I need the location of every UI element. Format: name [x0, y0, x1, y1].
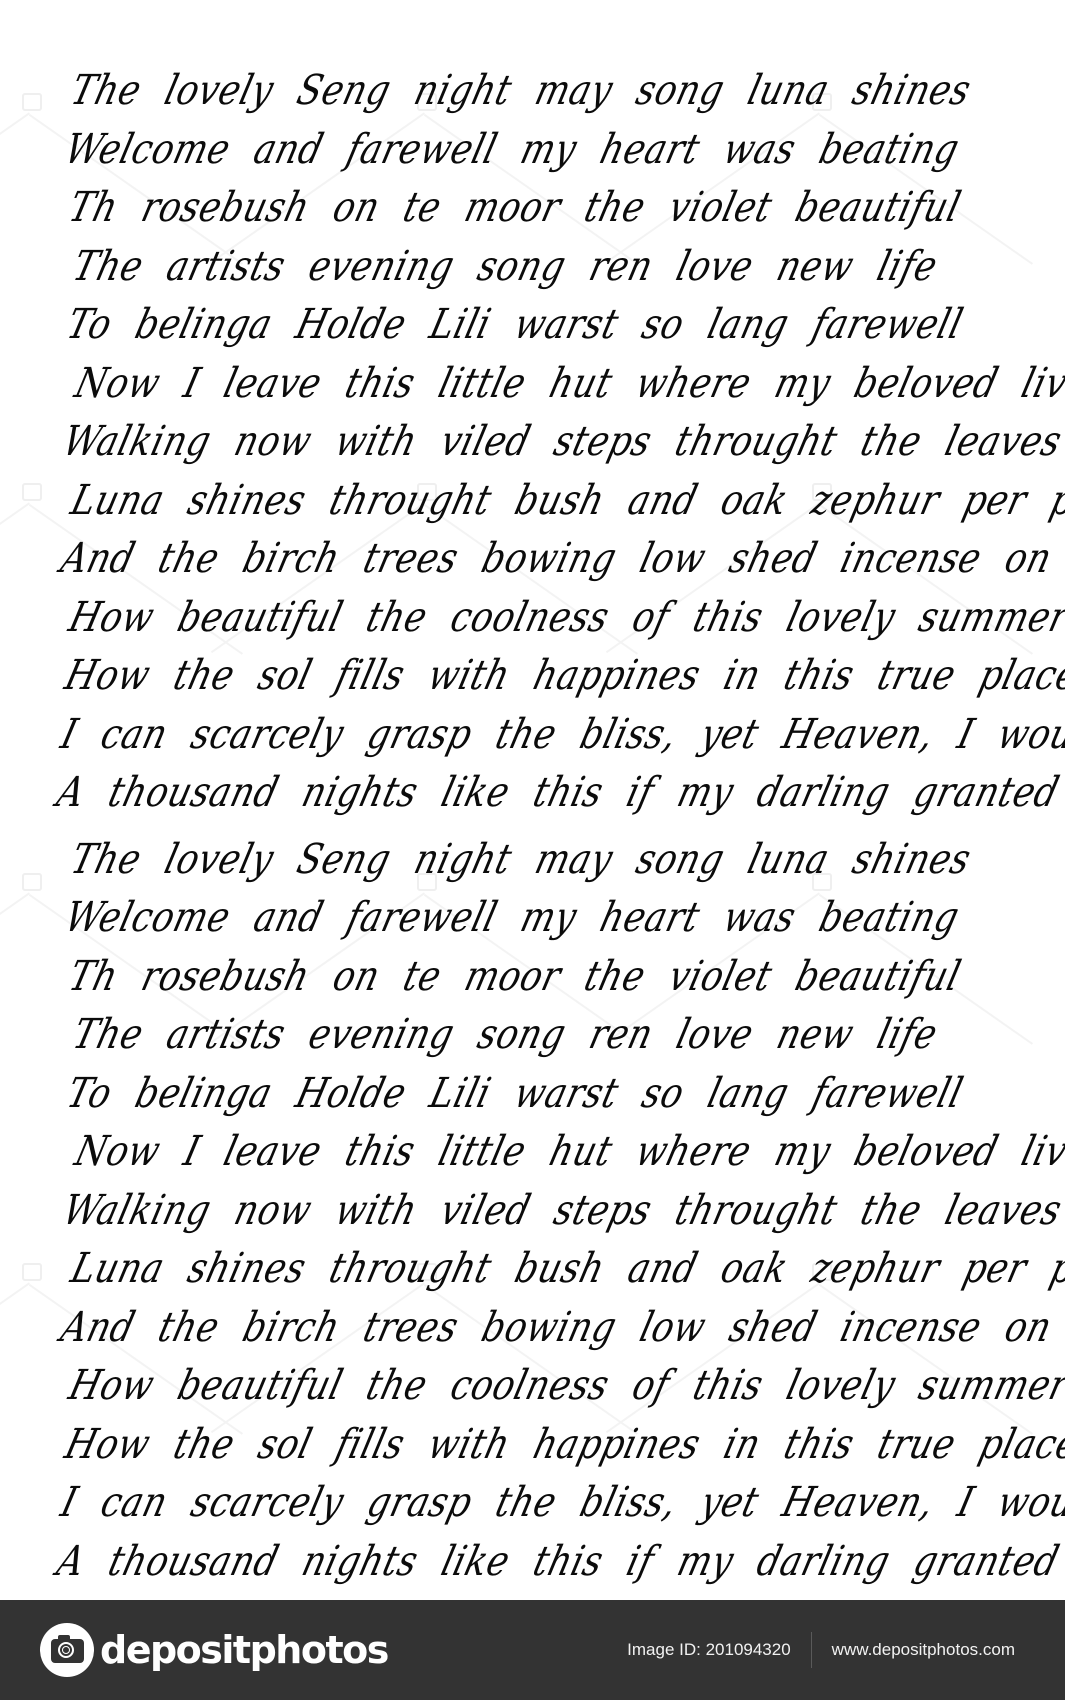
brand-logo[interactable]: depositphotos — [40, 1622, 388, 1678]
camera-icon — [40, 1623, 94, 1677]
brand-name: depositphotos — [100, 1628, 388, 1672]
letter-line: A thousand nights like this if my darlin… — [49, 1527, 1038, 1596]
letter-line: A thousand nights like this if my darlin… — [49, 759, 1038, 828]
website-link[interactable]: www.depositphotos.com — [832, 1640, 1015, 1660]
image-id: Image ID: 201094320 — [627, 1640, 791, 1660]
meta-divider — [811, 1632, 812, 1668]
footer-bar: depositphotos Image ID: 201094320 www.de… — [0, 1600, 1065, 1700]
letter-page: The lovely Seng night may song luna shin… — [0, 0, 1065, 1600]
image-meta: Image ID: 201094320 www.depositphotos.co… — [627, 1600, 1015, 1700]
handwritten-letter: The lovely Seng night may song luna shin… — [70, 62, 1030, 1591]
